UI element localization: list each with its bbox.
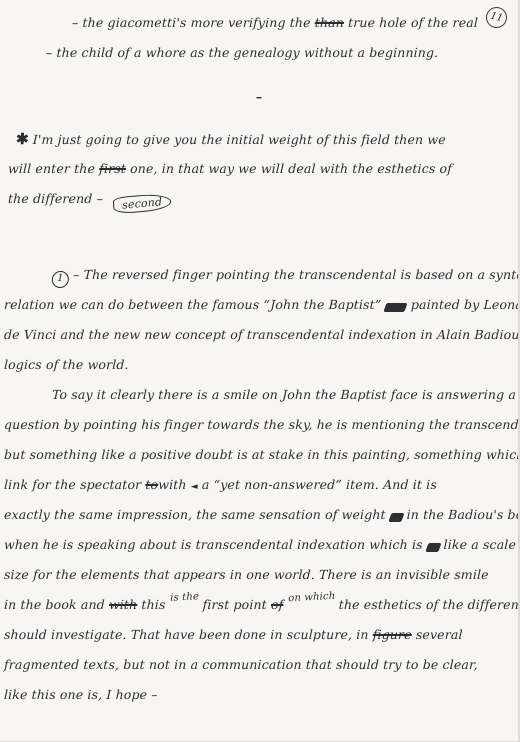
text-segment: relation we can do between the famous “J… bbox=[4, 297, 386, 312]
text-segment: when he is speaking about is transcenden… bbox=[4, 537, 427, 552]
text-segment: a “yet non-answered” item. And it is bbox=[198, 477, 438, 492]
body-para-line-1: To say it clearly there is a smile on Jo… bbox=[0, 380, 519, 410]
numbered-para-line-2: relation we can do between the famous “J… bbox=[0, 290, 519, 320]
strikethrough-text: figure bbox=[373, 627, 412, 642]
text-segment: with bbox=[158, 477, 191, 492]
balloon-annotation: second bbox=[113, 192, 172, 214]
inserted-text: is the bbox=[170, 592, 199, 603]
body-para-line-8: in the book and with this is the first p… bbox=[0, 590, 519, 620]
text-segment: – the giacometti's more verifying the bbox=[72, 15, 315, 30]
text-segment: like this one is, I hope – bbox=[4, 687, 158, 702]
text-segment: the differend – bbox=[8, 191, 104, 206]
body-para-line-11: like this one is, I hope – bbox=[0, 680, 519, 710]
text-segment: – The reversed finger pointing the trans… bbox=[69, 267, 520, 282]
strikethrough-text: of bbox=[271, 597, 284, 612]
text-segment: size for the elements that appears in on… bbox=[4, 567, 489, 582]
text-segment bbox=[283, 597, 288, 612]
body-para-line-9: should investigate. That have been done … bbox=[0, 620, 519, 650]
inserted-text: on which bbox=[288, 592, 335, 604]
body-para-line-2: question by pointing his finger towards … bbox=[0, 410, 519, 440]
text-segment: I'm just going to give you the initial w… bbox=[28, 132, 446, 147]
numbered-para-line-4: logics of the world. bbox=[0, 350, 519, 380]
text-segment: link for the spectator bbox=[4, 477, 146, 492]
strikethrough-text: to bbox=[145, 477, 158, 492]
text-segment: fragmented texts, but not in a communica… bbox=[4, 657, 478, 672]
circled-number: 1 bbox=[52, 271, 70, 288]
text-segment: – bbox=[256, 89, 263, 104]
body-para-line-3: but something like a positive doubt is a… bbox=[0, 440, 519, 470]
text-segment: To say it clearly there is a smile on Jo… bbox=[52, 387, 516, 402]
text-segment: first point bbox=[198, 597, 271, 612]
intro-para-line-2: will enter the first one, in that way we… bbox=[0, 154, 519, 184]
text-segment: in the Badiou's book, bbox=[402, 507, 520, 522]
text-segment: logics of the world. bbox=[4, 357, 129, 372]
strikethrough-text: than bbox=[315, 15, 345, 30]
body-para-line-7: size for the elements that appears in on… bbox=[0, 560, 519, 590]
text-segment: but something like a positive doubt is a… bbox=[4, 447, 520, 462]
text-segment: question by pointing his finger towards … bbox=[4, 417, 520, 432]
text-segment: like a scale of bbox=[439, 537, 520, 552]
text-segment: should investigate. That have been done … bbox=[4, 627, 373, 642]
text-segment: the esthetics of the differend bbox=[334, 597, 520, 612]
numbered-para-line-1: 1 – The reversed finger pointing the tra… bbox=[0, 260, 519, 290]
numbered-para-line-3: de Vinci and the new new concept of tran… bbox=[0, 320, 519, 350]
note-line-genealogy: – the child of a whore as the genealogy … bbox=[0, 38, 519, 68]
text-segment: – the child of a whore as the genealogy … bbox=[46, 45, 439, 60]
text-segment: true hole of the real bbox=[344, 15, 479, 30]
strikethrough-text: first bbox=[99, 161, 126, 176]
manuscript-lines: – the giacometti's more verifying the th… bbox=[0, 8, 518, 710]
separator-dash: – bbox=[0, 82, 519, 116]
manuscript-page: 11 – the giacometti's more verifying the… bbox=[0, 0, 520, 742]
text-segment: exactly the same impression, the same se… bbox=[4, 507, 390, 522]
body-para-line-10: fragmented texts, but not in a communica… bbox=[0, 650, 519, 680]
ink-blot: ■■ bbox=[384, 303, 409, 312]
intro-para-line-3: the differend –second bbox=[0, 184, 519, 214]
text-segment: de Vinci and the new new concept of tran… bbox=[4, 327, 520, 342]
text-segment: will enter the bbox=[8, 161, 100, 176]
body-para-line-4: link for the spectator towith ◄ a “yet n… bbox=[0, 470, 519, 500]
asterisk-mark: ✱ bbox=[16, 130, 29, 148]
text-segment: this bbox=[137, 597, 170, 612]
text-segment: one, in that way we will deal with the e… bbox=[126, 161, 453, 176]
intro-para-line-1: ✱ I'm just going to give you the initial… bbox=[0, 124, 519, 154]
strikethrough-text: with bbox=[109, 597, 138, 612]
text-segment: painted by Leonardo bbox=[407, 297, 520, 312]
note-line-real: – the giacometti's more verifying the th… bbox=[0, 8, 519, 38]
text-segment: in the book and bbox=[4, 597, 109, 612]
body-para-line-5: exactly the same impression, the same se… bbox=[0, 500, 519, 530]
text-segment: several bbox=[411, 627, 462, 642]
body-para-line-6: when he is speaking about is transcenden… bbox=[0, 530, 519, 560]
